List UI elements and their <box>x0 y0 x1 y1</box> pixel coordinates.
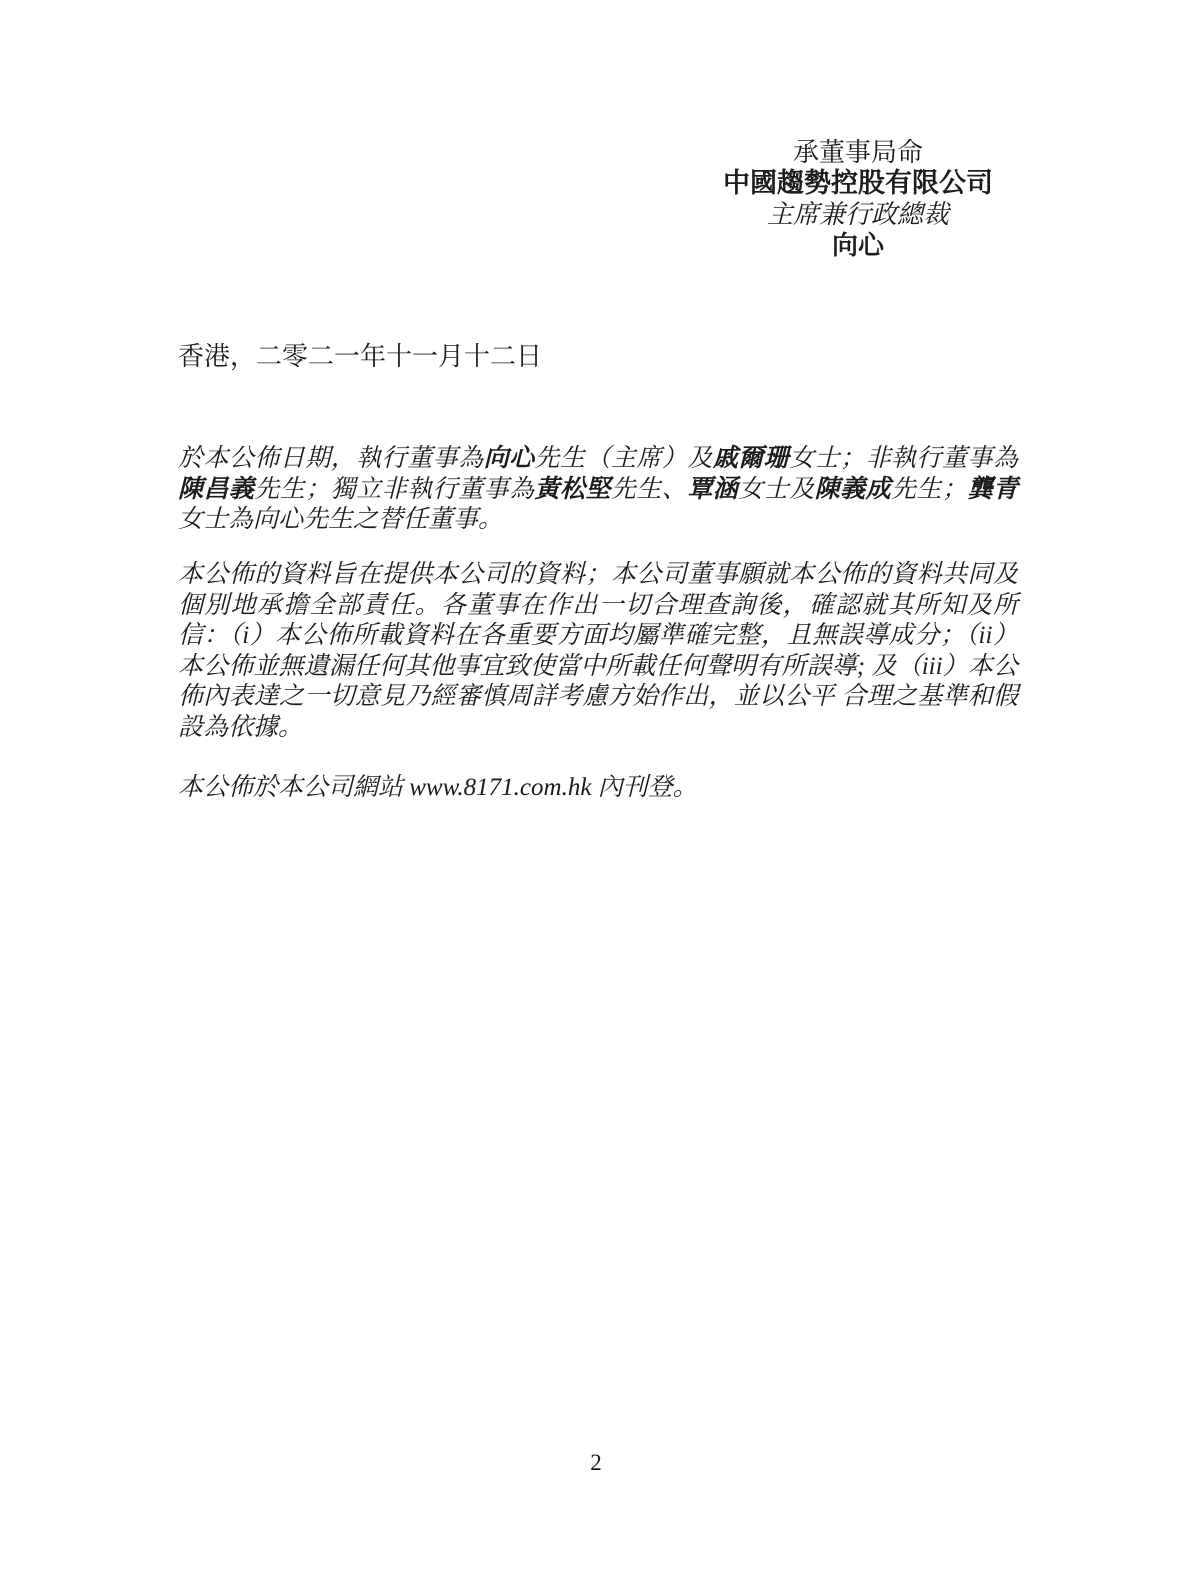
signature-block: 承董事局命 中國趨勢控股有限公司 主席兼行政總裁 向心 <box>558 137 1158 261</box>
directors-text-segment: 女士為向心先生之替任董事。 <box>178 506 503 533</box>
director-name: 陳昌義 <box>178 476 254 503</box>
by-order-of-board-line: 承董事局命 <box>558 137 1158 168</box>
director-name: 向心 <box>484 445 535 472</box>
directors-text-segment: 先生； <box>891 476 967 503</box>
directors-paragraph: 於本公佈日期，執行董事為向心先生（主席）及戚爾珊女士；非執行董事為陳昌義先生；獨… <box>178 444 1018 536</box>
company-name: 中國趨勢控股有限公司 <box>558 168 1158 199</box>
directors-text-segment: 先生、 <box>611 476 687 503</box>
directors-text-segment: 先生；獨立非執行董事為 <box>254 476 534 503</box>
directors-text-segment: 於本公佈日期，執行董事為 <box>178 445 484 472</box>
director-name: 黃松堅 <box>535 476 611 503</box>
director-name: 戚爾珊 <box>713 445 789 472</box>
website-paragraph: 本公佈於本公司網站 www.8171.com.hk 內刊登。 <box>178 773 1018 804</box>
signer-name: 向心 <box>558 230 1158 261</box>
directors-text-segment: 女士及 <box>738 476 814 503</box>
director-name: 覃涵 <box>687 476 738 503</box>
directors-text-segment: 先生（主席）及 <box>535 445 713 472</box>
directors-text-segment: 女士；非執行董事為 <box>789 445 1018 472</box>
disclaimer-paragraph: 本公佈的資料旨在提供本公司的資料；本公司董事願就本公佈的資料共同及個別地承擔全部… <box>178 560 1018 743</box>
document-page: 承董事局命 中國趨勢控股有限公司 主席兼行政總裁 向心 香港，二零二一年十一月十… <box>0 0 1192 1588</box>
director-name: 陳義成 <box>815 476 891 503</box>
director-name: 龔青 <box>967 476 1018 503</box>
page-number: 2 <box>0 1450 1192 1476</box>
dateline: 香港，二零二一年十一月十二日 <box>178 341 542 372</box>
signer-title: 主席兼行政總裁 <box>558 199 1158 230</box>
